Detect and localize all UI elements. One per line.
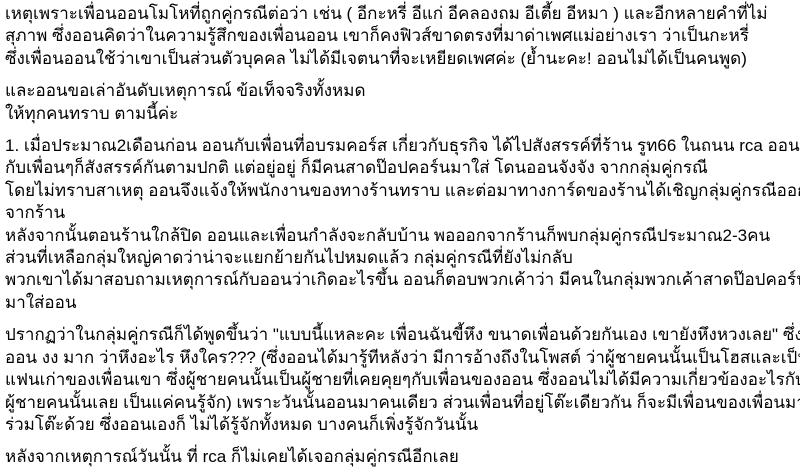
text-line: มาใส่ออน <box>5 292 794 314</box>
text-line: ให้ทุกคนทราบ ตามนี้ค่ะ <box>5 103 794 125</box>
text-line: ออน งง มาก ว่าหึงอะไร หึงใคร??? (ซึ่งออน… <box>5 347 794 369</box>
text-line: จากร้าน <box>5 202 794 224</box>
text-line: พวกเขาได้มาสอบถามเหตุการณ์กับออนว่าเกิดอ… <box>5 269 794 291</box>
text-line: หลังจากเหตุการณ์วันนั้น ที่ rca ก็ไม่เคย… <box>5 446 794 468</box>
text-line: 1. เมื่อประมาณ2เดือนก่อน ออนกับเพื่อนที่… <box>5 135 794 157</box>
paragraph-closing: หลังจากเหตุการณ์วันนั้น ที่ rca ก็ไม่เคย… <box>5 446 794 468</box>
text-line: ร่วมโต๊ะด้วย ซึ่งออนเองก็ ไม่ได้รู้จักทั… <box>5 414 794 436</box>
text-line: โดยไม่ทราบสาเหตุ ออนจึงแจ้งให้พนักงานของ… <box>5 180 794 202</box>
text-line: แฟนเก่าของเพื่อนเขา ซึ่งผู้ชายคนนั้นเป็น… <box>5 369 794 391</box>
paragraph-quote-confusion: ปรากฏว่าในกลุ่มคู่กรณีก็ได้พูดขึ้นว่า "แ… <box>5 324 794 436</box>
paragraph-intro-apology: เหตุเพราะเพื่อนออนโมโหที่ถูกคู่กรณีต่อว่… <box>5 3 794 70</box>
text-line: ซึ่งเพื่อนออนใช้ว่าเขาเป็นส่วนตัวบุคคล ไ… <box>5 48 794 70</box>
text-line: เหตุเพราะเพื่อนออนโมโหที่ถูกคู่กรณีต่อว่… <box>5 3 794 25</box>
text-line: ส่วนที่เหลือกลุ่มใหญ่คาดว่าน่าจะแยกย้ายก… <box>5 247 794 269</box>
document-page: เหตุเพราะเพื่อนออนโมโหที่ถูกคู่กรณีต่อว่… <box>0 0 800 475</box>
paragraph-event-1: 1. เมื่อประมาณ2เดือนก่อน ออนกับเพื่อนที่… <box>5 135 794 314</box>
text-line: กับเพื่อนๆก็สังสรรค์กันตามปกติ แต่อยู่อย… <box>5 157 794 179</box>
text-line: หลังจากนั้นตอนร้านใกล้ปิด ออนและเพื่อนกำ… <box>5 225 794 247</box>
text-line: สุภาพ ซึ่งออนคิดว่าในความรู้สึกของเพื่อน… <box>5 25 794 47</box>
paragraph-announcement: และออนขอเล่าอันดับเหตุการณ์ ข้อเท็จจริงท… <box>5 80 794 125</box>
text-line: และออนขอเล่าอันดับเหตุการณ์ ข้อเท็จจริงท… <box>5 80 794 102</box>
text-line: ปรากฏว่าในกลุ่มคู่กรณีก็ได้พูดขึ้นว่า "แ… <box>5 324 794 346</box>
text-line: ผู้ชายคนนั้นเลย เป็นแค่คนรู้จัก) เพราะวั… <box>5 392 794 414</box>
